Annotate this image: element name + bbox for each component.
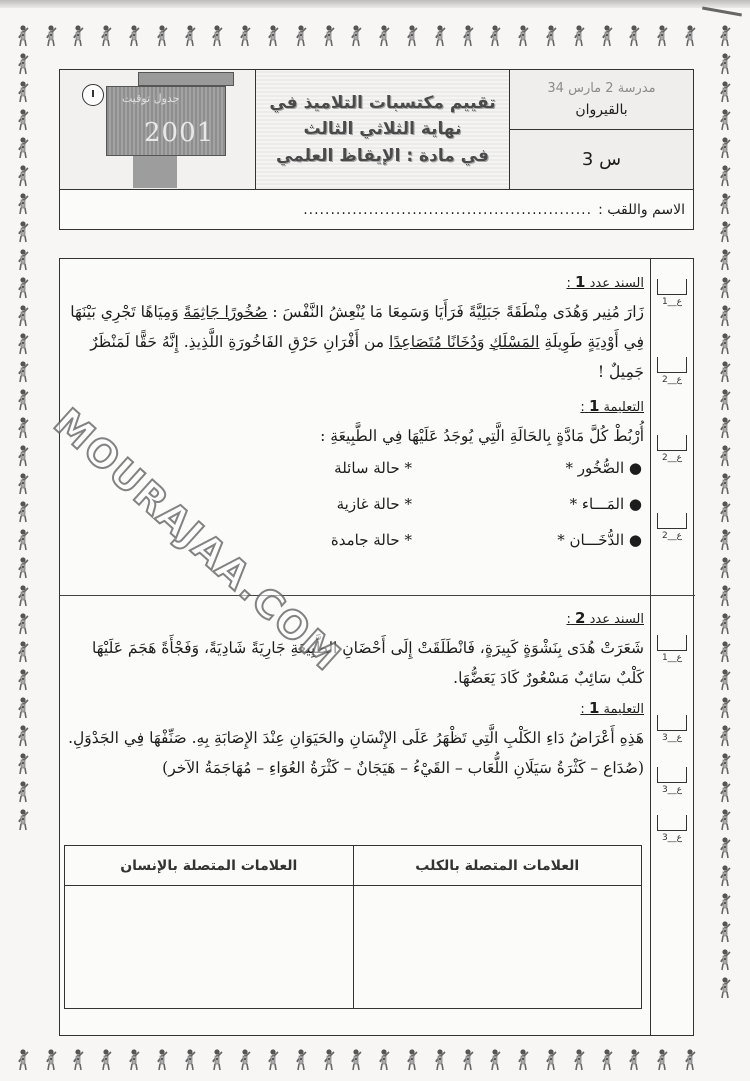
clock-icon <box>82 84 104 106</box>
exam-body: 1__ع 2__ع 2__ع 2__ع 1__ع 3__ع 3__ع 3__ع … <box>59 258 694 1036</box>
waving-person-icon <box>566 22 594 50</box>
waving-person-icon <box>712 834 740 862</box>
waving-person-icon <box>10 610 38 638</box>
section-1: السند عدد 1 : زَارَ مُنِير وَهُدَى مِنْط… <box>66 267 644 559</box>
waving-person-icon <box>712 302 740 330</box>
score-box[interactable]: 1__ع <box>657 279 687 307</box>
waving-person-icon <box>594 1046 622 1074</box>
waving-person-icon <box>10 386 38 414</box>
waving-person-icon <box>712 946 740 974</box>
waving-person-icon <box>712 50 740 78</box>
school-info: مدرسة 2 مارس 34 بالقيروان س 3 <box>510 70 693 189</box>
student-name-field[interactable]: الاسم واللقب : .........................… <box>60 190 693 229</box>
waving-person-icon <box>712 554 740 582</box>
title-line-3: في مادة : الإيقاظ العلمي <box>276 143 489 169</box>
waving-person-icon <box>712 806 740 834</box>
waving-person-icon <box>538 1046 566 1074</box>
waving-person-icon <box>10 22 38 50</box>
class-level: س 3 <box>510 130 693 189</box>
waving-person-icon <box>10 666 38 694</box>
waving-person-icon <box>510 22 538 50</box>
waving-person-icon <box>10 162 38 190</box>
score-box[interactable]: 2__ع <box>657 357 687 385</box>
waving-person-icon <box>149 1046 177 1074</box>
score-box[interactable]: 3__ع <box>657 815 687 843</box>
school-cell: مدرسة 2 مارس 34 بالقيروان <box>510 70 693 130</box>
answer-cell-dog[interactable] <box>354 886 642 1008</box>
title-line-1: تقييم مكتسبات التلاميذ في <box>269 90 495 116</box>
waving-person-icon <box>712 218 740 246</box>
waving-person-icon <box>260 22 288 50</box>
waving-person-icon <box>371 22 399 50</box>
waving-person-icon <box>712 526 740 554</box>
waving-person-icon <box>566 1046 594 1074</box>
waving-person-icon <box>712 918 740 946</box>
score-box[interactable]: 2__ع <box>657 435 687 463</box>
waving-person-icon <box>712 778 740 806</box>
waving-person-icon <box>344 22 372 50</box>
waving-person-icon <box>205 22 233 50</box>
waving-person-icon <box>10 750 38 778</box>
decorative-border-bottom <box>10 1046 705 1074</box>
waving-person-icon <box>288 22 316 50</box>
score-box[interactable]: 3__ع <box>657 715 687 743</box>
waving-person-icon <box>66 22 94 50</box>
state-item[interactable]: * حالة جامدة <box>331 525 412 555</box>
waving-person-icon <box>10 778 38 806</box>
waving-person-icon <box>10 218 38 246</box>
waving-person-icon <box>93 22 121 50</box>
decorative-border-top <box>10 22 705 50</box>
waving-person-icon <box>427 22 455 50</box>
symptoms-list: (صُدَاع – كَثْرَةُ سَيَلَانِ اللُّعَاب –… <box>66 753 644 783</box>
waving-person-icon <box>712 666 740 694</box>
instruction-2-text: هَذِهِ أَعْرَاضُ دَاءِ الكَلْبِ الَّتِي … <box>66 723 644 753</box>
waving-person-icon <box>538 22 566 50</box>
waving-person-icon <box>177 1046 205 1074</box>
waving-person-icon <box>10 694 38 722</box>
waving-person-icon <box>712 22 740 50</box>
school-city: بالقيروان <box>575 102 627 118</box>
waving-person-icon <box>427 1046 455 1074</box>
waving-person-icon <box>712 638 740 666</box>
waving-person-icon <box>10 806 38 834</box>
waving-person-icon <box>712 582 740 610</box>
section-divider <box>60 595 695 596</box>
waving-person-icon <box>149 22 177 50</box>
waving-person-icon <box>10 330 38 358</box>
name-blank[interactable]: ........................................… <box>303 202 592 218</box>
waving-person-icon <box>177 22 205 50</box>
waving-person-icon <box>371 1046 399 1074</box>
waving-person-icon <box>712 890 740 918</box>
waving-person-icon <box>483 22 511 50</box>
waving-person-icon <box>10 274 38 302</box>
waving-person-icon <box>712 78 740 106</box>
waving-person-icon <box>712 162 740 190</box>
waving-person-icon <box>712 610 740 638</box>
waving-person-icon <box>121 1046 149 1074</box>
waving-person-icon <box>712 470 740 498</box>
waving-person-icon <box>10 554 38 582</box>
section-1-text: زَارَ مُنِير وَهُدَى مِنْطَقَةً جَبَلِيَ… <box>66 297 644 387</box>
instruction-1-title: التعليمة 1 : <box>580 393 644 421</box>
classification-table: العلامات المتصلة بالكلب العلامات المتصلة… <box>64 845 642 1009</box>
waving-person-icon <box>10 78 38 106</box>
waving-person-icon <box>712 498 740 526</box>
waving-person-icon <box>10 302 38 330</box>
waving-person-icon <box>712 722 740 750</box>
waving-person-icon <box>10 50 38 78</box>
waving-person-icon <box>712 246 740 274</box>
material-item[interactable]: ● الدُّخَـــان * <box>557 525 642 555</box>
answer-cell-human[interactable] <box>65 886 353 1008</box>
waving-person-icon <box>483 1046 511 1074</box>
waving-person-icon <box>10 358 38 386</box>
name-label: الاسم واللقب : <box>598 202 685 218</box>
header-logo: جدول توقيت 2001 <box>60 70 256 189</box>
score-box[interactable]: 2__ع <box>657 513 687 541</box>
section-2-title: السند عدد 2 : <box>566 605 644 633</box>
waving-person-icon <box>10 190 38 218</box>
waving-person-icon <box>399 1046 427 1074</box>
table-header-human: العلامات المتصلة بالإنسان <box>65 846 353 886</box>
waving-person-icon <box>712 862 740 890</box>
waving-person-icon <box>316 22 344 50</box>
school-name: مدرسة 2 مارس 34 <box>547 81 655 96</box>
waving-person-icon <box>66 1046 94 1074</box>
waving-person-icon <box>622 1046 650 1074</box>
waving-person-icon <box>677 1046 705 1074</box>
waving-person-icon <box>712 106 740 134</box>
title-line-2: نهاية الثلاثي الثالث <box>303 116 461 142</box>
waving-person-icon <box>121 22 149 50</box>
waving-person-icon <box>10 1046 38 1074</box>
waving-person-icon <box>399 22 427 50</box>
pen-mark <box>702 7 742 17</box>
waving-person-icon <box>594 22 622 50</box>
exam-header: جدول توقيت 2001 تقييم مكتسبات التلاميذ ف… <box>59 69 694 230</box>
section-2-text: شَعَرَتْ هُدَى بِنَشْوَةٍ كَبِيرَةٍ، فَا… <box>66 633 644 693</box>
waving-person-icon <box>10 442 38 470</box>
logo-label: جدول توقيت <box>122 92 180 105</box>
decorative-border-right <box>712 22 740 1002</box>
waving-person-icon <box>455 1046 483 1074</box>
instruction-1-text: أُرْبُطْ كُلَّ مَادَّةٍ بِالحَالَةِ الَّ… <box>66 421 644 451</box>
waving-person-icon <box>10 638 38 666</box>
waving-person-icon <box>649 1046 677 1074</box>
waving-person-icon <box>712 414 740 442</box>
waving-person-icon <box>316 1046 344 1074</box>
logo-year: 2001 <box>144 118 214 148</box>
waving-person-icon <box>10 582 38 610</box>
material-item[interactable]: ● المَـــاء * <box>570 489 642 519</box>
matching-exercise: ● الصُّخُور * ● المَـــاء * ● الدُّخَـــ… <box>66 453 644 559</box>
waving-person-icon <box>677 22 705 50</box>
waving-person-icon <box>455 22 483 50</box>
waving-person-icon <box>712 974 740 1002</box>
waving-person-icon <box>10 134 38 162</box>
exam-title: تقييم مكتسبات التلاميذ في نهاية الثلاثي … <box>256 70 510 189</box>
waving-person-icon <box>93 1046 121 1074</box>
waving-person-icon <box>10 470 38 498</box>
decorative-border-left <box>10 50 38 834</box>
waving-person-icon <box>712 330 740 358</box>
waving-person-icon <box>232 1046 260 1074</box>
waving-person-icon <box>10 106 38 134</box>
waving-person-icon <box>10 414 38 442</box>
waving-person-icon <box>10 526 38 554</box>
waving-person-icon <box>510 1046 538 1074</box>
score-box[interactable]: 3__ع <box>657 767 687 795</box>
waving-person-icon <box>712 190 740 218</box>
waving-person-icon <box>712 750 740 778</box>
waving-person-icon <box>38 1046 66 1074</box>
state-item[interactable]: * حالة غازية <box>337 489 412 519</box>
waving-person-icon <box>38 22 66 50</box>
waving-person-icon <box>10 498 38 526</box>
waving-person-icon <box>712 442 740 470</box>
waving-person-icon <box>649 22 677 50</box>
waving-person-icon <box>712 134 740 162</box>
waving-person-icon <box>622 22 650 50</box>
scan-edge <box>0 0 750 8</box>
waving-person-icon <box>205 1046 233 1074</box>
waving-person-icon <box>712 694 740 722</box>
waving-person-icon <box>344 1046 372 1074</box>
score-box[interactable]: 1__ع <box>657 635 687 663</box>
waving-person-icon <box>10 246 38 274</box>
section-1-title: السند عدد 1 : <box>566 269 644 297</box>
waving-person-icon <box>288 1046 316 1074</box>
waving-person-icon <box>260 1046 288 1074</box>
waving-person-icon <box>712 274 740 302</box>
waving-person-icon <box>10 722 38 750</box>
waving-person-icon <box>712 386 740 414</box>
state-item[interactable]: * حالة سائلة <box>334 453 412 483</box>
table-column-dog: العلامات المتصلة بالكلب <box>354 846 642 1008</box>
section-2: السند عدد 2 : شَعَرَتْ هُدَى بِنَشْوَةٍ … <box>66 603 644 783</box>
waving-person-icon <box>712 358 740 386</box>
table-header-dog: العلامات المتصلة بالكلب <box>354 846 642 886</box>
waving-person-icon <box>232 22 260 50</box>
instruction-2-title: التعليمة 1 : <box>580 695 644 723</box>
material-item[interactable]: ● الصُّخُور * <box>565 453 642 483</box>
table-column-human: العلامات المتصلة بالإنسان <box>65 846 354 1008</box>
